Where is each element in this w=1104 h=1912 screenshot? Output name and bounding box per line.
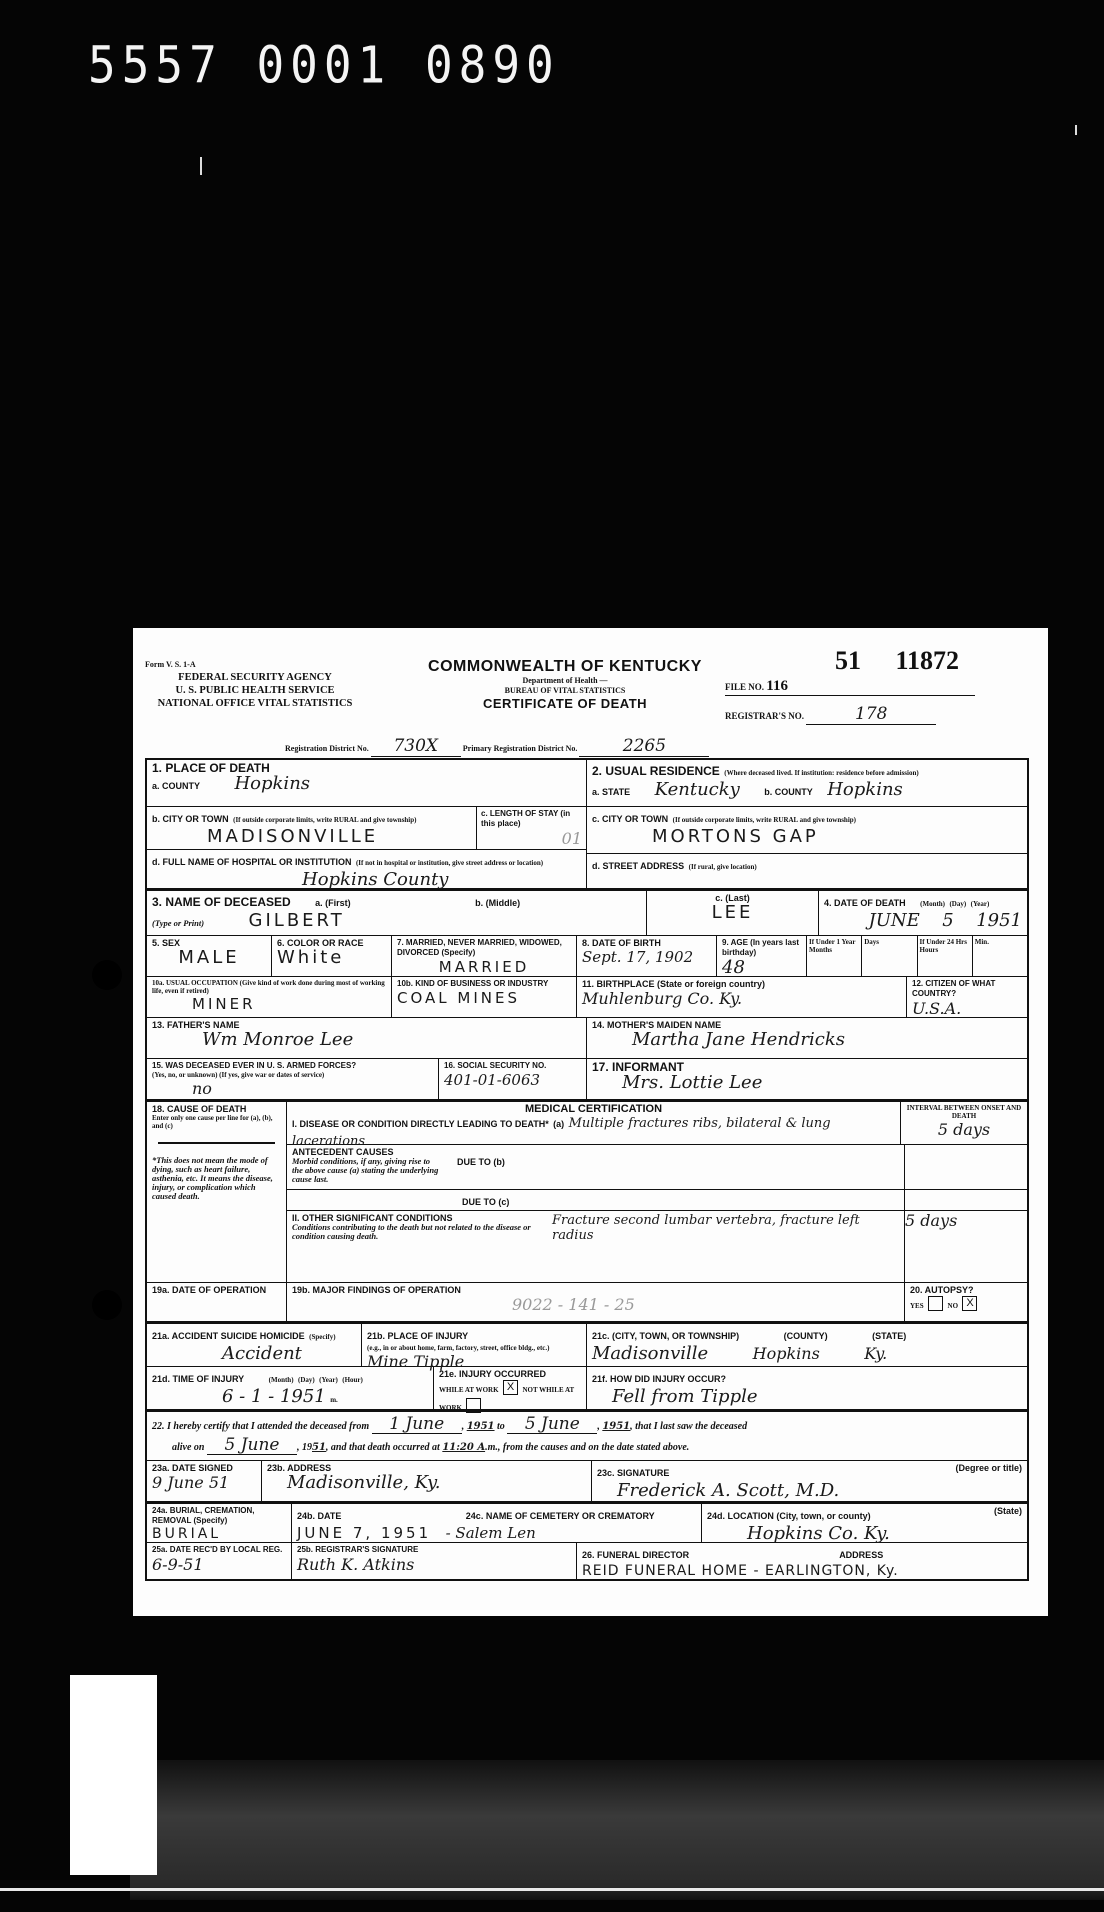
file-no-label: FILE NO. bbox=[725, 682, 764, 692]
how-injury: Fell from Tipple bbox=[612, 1387, 1022, 1407]
cert-text: alive on bbox=[172, 1442, 205, 1453]
reg-district: 730X bbox=[371, 736, 461, 757]
film-leader-tab bbox=[70, 1675, 157, 1875]
date-of-birth: Sept. 17, 1902 bbox=[582, 948, 711, 966]
place-of-death-section: 1. PLACE OF DEATH a. COUNTY Hopkins b. C… bbox=[147, 760, 587, 888]
interval-label: INTERVAL BETWEEN ONSET AND DEATH bbox=[903, 1104, 1025, 1120]
signature-label: 23c. SIGNATURE bbox=[597, 1468, 669, 1478]
dod-day: 5 bbox=[942, 910, 953, 931]
while-at-work-checkbox[interactable]: X bbox=[503, 1380, 518, 1395]
cause-of-death-row: 18. CAUSE OF DEATH Enter only one cause … bbox=[147, 1102, 1027, 1283]
burial-date-label: 24b. DATE bbox=[297, 1511, 341, 1521]
other-conditions-note: Conditions contributing to the death but… bbox=[292, 1223, 552, 1241]
month-col: (Month) bbox=[269, 1376, 294, 1384]
business: COAL MINES bbox=[397, 989, 571, 1007]
injury-state: Ky. bbox=[864, 1344, 887, 1363]
degree-label: (Degree or title) bbox=[955, 1463, 1022, 1473]
injury-time-row: 21d. TIME OF INJURY (Month) (Day) (Year)… bbox=[147, 1367, 1027, 1412]
citizen-label: 12. CITIZEN OF WHAT COUNTRY? bbox=[912, 979, 1022, 999]
certificate-title-block: COMMONWEALTH OF KENTUCKY Department of H… bbox=[400, 658, 730, 711]
last-seen-year: 51 bbox=[312, 1442, 326, 1453]
place-residence-row: 1. PLACE OF DEATH a. COUNTY Hopkins b. C… bbox=[147, 760, 1027, 891]
social-security-number: 401-01-6063 bbox=[444, 1071, 581, 1089]
state-col-label: (STATE) bbox=[872, 1331, 906, 1341]
autopsy-yes-checkbox[interactable] bbox=[928, 1296, 943, 1311]
first-name: GILBERT bbox=[249, 910, 345, 931]
occupation: MINER bbox=[192, 995, 386, 1013]
residence-label: 2. USUAL RESIDENCE bbox=[592, 764, 720, 778]
residence-note: (Where deceased lived. If institution: r… bbox=[724, 769, 918, 777]
primary-district-label: Primary Registration District No. bbox=[463, 744, 578, 753]
registrar-row: 25a. DATE REC'D BY LOCAL REG.6-9-51 25b.… bbox=[147, 1543, 1027, 1579]
occupation-row: 10a. USUAL OCCUPATION (Give kind of work… bbox=[147, 977, 1027, 1018]
armed-ssn-informant-row: 15. WAS DECEASED EVER IN U. S. ARMED FOR… bbox=[147, 1059, 1027, 1102]
armed-note: (Yes, no, or unknown) (If yes, give war … bbox=[152, 1071, 433, 1079]
business-label: 10b. KIND OF BUSINESS OR INDUSTRY bbox=[397, 979, 571, 989]
op-findings-label: 19b. MAJOR FINDINGS OF OPERATION bbox=[292, 1285, 899, 1295]
attended-from-year: 1951 bbox=[467, 1421, 495, 1432]
residence-state: Kentucky bbox=[655, 779, 740, 800]
burial-location: Hopkins Co. Ky. bbox=[747, 1524, 1022, 1544]
age-label: 9. AGE (In years last birthday) bbox=[722, 938, 801, 958]
injury-time-label: 21d. TIME OF INJURY bbox=[152, 1374, 244, 1384]
city-label: c. CITY OR TOWN bbox=[592, 814, 668, 824]
state-label: (State) bbox=[994, 1506, 1022, 1516]
cemetery: - Salem Len bbox=[446, 1524, 536, 1542]
stamp-number: 11872 bbox=[895, 646, 959, 675]
cert-text: , 19 bbox=[297, 1442, 312, 1453]
injury-occurred-label: 21e. INJURY OCCURRED bbox=[439, 1369, 581, 1379]
month-label: (Month) bbox=[920, 900, 945, 908]
disposition: BURIAL bbox=[152, 1526, 286, 1542]
agency-line: U. S. PUBLIC HEALTH SERVICE bbox=[145, 684, 365, 697]
dod-year: 1951 bbox=[976, 910, 1022, 931]
city-label: b. CITY OR TOWN bbox=[152, 814, 229, 824]
registrar-signature: Ruth K. Atkins bbox=[297, 1555, 571, 1574]
film-reel-id: 5557 0001 0890 bbox=[88, 35, 560, 94]
cert-text: , that I last saw the deceased bbox=[630, 1421, 747, 1432]
how-injury-label: 21f. HOW DID INJURY OCCUR? bbox=[592, 1374, 726, 1384]
cause-footnote: *This does not mean the mode of dying, s… bbox=[152, 1156, 281, 1201]
dob-label: 8. DATE OF BIRTH bbox=[582, 938, 711, 948]
due-b-label: DUE TO (b) bbox=[457, 1157, 505, 1184]
registrar-signature-label: 25b. REGISTRAR'S SIGNATURE bbox=[297, 1545, 571, 1555]
interval-a: 5 days bbox=[903, 1120, 1025, 1139]
op-date-label: 19a. DATE OF OPERATION bbox=[152, 1285, 281, 1295]
county-label: a. COUNTY bbox=[152, 781, 200, 791]
days-label: Days bbox=[862, 936, 917, 976]
residence-county: Hopkins bbox=[827, 779, 903, 800]
film-speck bbox=[1075, 125, 1077, 135]
film-edge bbox=[0, 1888, 1104, 1891]
race: White bbox=[277, 948, 386, 968]
film-noise bbox=[130, 1760, 1104, 1900]
death-certificate: Form V. S. 1-A FEDERAL SECURITY AGENCY U… bbox=[133, 628, 1048, 1616]
disposition-label: 24a. BURIAL, CREMATION, REMOVAL (Specify… bbox=[152, 1506, 286, 1526]
registration-district-line: Registration District No. 730X Primary R… bbox=[285, 736, 1005, 757]
agency-line: FEDERAL SECURITY AGENCY bbox=[145, 671, 365, 684]
citizenship: U.S.A. bbox=[912, 999, 1022, 1018]
hospital-note: (If not in hospital or institution, give… bbox=[356, 859, 543, 867]
time-of-death: 11:20 A bbox=[442, 1442, 485, 1453]
cert-text: , and that death occurred at bbox=[326, 1442, 440, 1453]
year-label: (Year) bbox=[971, 900, 990, 908]
death-county: Hopkins bbox=[234, 773, 310, 794]
attended-from: 1 June bbox=[372, 1415, 462, 1434]
primary-district: 2265 bbox=[579, 736, 709, 757]
hours-label: If Under 24 Hrs Hours bbox=[918, 936, 973, 976]
physician-address: Madisonville, Ky. bbox=[287, 1473, 586, 1493]
ssn-label: 16. SOCIAL SECURITY NO. bbox=[444, 1061, 581, 1071]
hospital-label: d. FULL NAME OF HOSPITAL OR INSTITUTION bbox=[152, 857, 352, 867]
cause-label: 18. CAUSE OF DEATH bbox=[152, 1104, 281, 1114]
signature-row: 23a. DATE SIGNED9 June 51 23b. ADDRESSMa… bbox=[147, 1461, 1027, 1504]
film-speck bbox=[200, 157, 202, 175]
date-signed-label: 23a. DATE SIGNED bbox=[152, 1463, 256, 1473]
length-of-stay: 01 bbox=[481, 829, 582, 848]
no-label: NO bbox=[948, 1302, 959, 1310]
agency-line: NATIONAL OFFICE VITAL STATISTICS bbox=[145, 697, 365, 710]
street-note: (If rural, give location) bbox=[689, 863, 757, 871]
reg-district-label: Registration District No. bbox=[285, 744, 369, 753]
date-signed: 9 June 51 bbox=[152, 1473, 256, 1492]
physician-signature: Frederick A. Scott, M.D. bbox=[617, 1481, 1022, 1501]
injury-location-label: 21c. (CITY, TOWN, OR TOWNSHIP) bbox=[592, 1331, 739, 1341]
age: 48 bbox=[722, 958, 801, 978]
injury-date: 6 - 1 - 1951 bbox=[222, 1386, 326, 1407]
certificate-title: CERTIFICATE OF DEATH bbox=[400, 696, 730, 711]
registrar-no-label: REGISTRAR'S NO. bbox=[725, 711, 804, 721]
birthplace: Muhlenburg Co. Ky. bbox=[582, 989, 901, 1008]
first-label: a. (First) bbox=[315, 898, 351, 908]
funeral-director-label: 26. FUNERAL DIRECTOR bbox=[582, 1550, 689, 1560]
name-label: 3. NAME OF DECEASED bbox=[152, 895, 291, 909]
injury-place-note: (e.g., in or about home, farm, factory, … bbox=[367, 1344, 581, 1352]
hospital-name: Hopkins County bbox=[302, 870, 581, 890]
name-row: 3. NAME OF DECEASED a. (First) b. (Middl… bbox=[147, 891, 1027, 936]
antecedent-note: Morbid conditions, if any, giving rise t… bbox=[292, 1157, 442, 1184]
date-received-label: 25a. DATE REC'D BY LOCAL REG. bbox=[152, 1545, 286, 1555]
cause-note: Enter only one cause per line for (a), (… bbox=[152, 1114, 281, 1130]
funeral-director: REID FUNERAL HOME - EARLINGTON, Ky. bbox=[582, 1563, 1022, 1579]
registrar-no: 178 bbox=[806, 704, 936, 725]
attended-to-year: 1951 bbox=[602, 1421, 630, 1432]
date-received: 6-9-51 bbox=[152, 1555, 286, 1574]
year-col: (Year) bbox=[319, 1376, 338, 1384]
last-seen-alive: 5 June bbox=[207, 1436, 297, 1455]
vitals-row: 5. SEXMALE 6. COLOR OR RACEWhite 7. MARR… bbox=[147, 936, 1027, 977]
dod-label: 4. DATE OF DEATH bbox=[824, 898, 906, 908]
specify-note: (Specify) bbox=[309, 1333, 335, 1341]
agency-header: Form V. S. 1-A FEDERAL SECURITY AGENCY U… bbox=[145, 658, 365, 710]
injury-type-label: 21a. ACCIDENT SUICIDE HOMICIDE bbox=[152, 1331, 305, 1341]
informant: Mrs. Lottie Lee bbox=[622, 1073, 1022, 1093]
physician-certification-row: 22. I hereby certify that I attended the… bbox=[147, 1412, 1027, 1461]
yes-label: YES bbox=[910, 1302, 924, 1310]
sex: MALE bbox=[152, 948, 266, 968]
operation-row: 19a. DATE OF OPERATION 19b. MAJOR FINDIN… bbox=[147, 1283, 1027, 1324]
stamp-year: 51 bbox=[835, 646, 861, 675]
burial-location-label: 24d. LOCATION (City, town, or county) bbox=[707, 1511, 871, 1521]
state-title: COMMONWEALTH OF KENTUCKY bbox=[400, 658, 730, 676]
burial-date: JUNE 7, 1951 bbox=[297, 1524, 431, 1542]
city-note: (If outside corporate limits, write RURA… bbox=[673, 816, 856, 824]
cert-text: .m., from the causes and on the date sta… bbox=[485, 1442, 689, 1453]
form-number: Form V. S. 1-A bbox=[145, 658, 365, 671]
a-label: (a) bbox=[553, 1119, 564, 1129]
to-word: to bbox=[497, 1421, 505, 1432]
armed-forces: no bbox=[192, 1079, 433, 1098]
punch-hole bbox=[92, 960, 122, 990]
address-label: ADDRESS bbox=[839, 1550, 883, 1560]
marital-label: 7. MARRIED, NEVER MARRIED, WIDOWED, DIVO… bbox=[397, 938, 571, 958]
certificate-grid: 1. PLACE OF DEATH a. COUNTY Hopkins b. C… bbox=[145, 758, 1029, 1581]
type-note: (Type or Print) bbox=[152, 918, 204, 928]
father-name: Wm Monroe Lee bbox=[202, 1030, 581, 1050]
months-label: If Under 1 Year Months bbox=[807, 936, 862, 976]
place-of-death-label: 1. PLACE OF DEATH bbox=[152, 762, 581, 774]
punch-hole bbox=[92, 1290, 122, 1320]
dod-month: JUNE bbox=[869, 910, 920, 931]
while-at-work-label: WHILE AT WORK bbox=[439, 1386, 499, 1394]
mother-maiden-name: Martha Jane Hendricks bbox=[632, 1030, 1022, 1050]
injury-city: Madisonville bbox=[592, 1343, 708, 1364]
birthplace-label: 11. BIRTHPLACE (State or foreign country… bbox=[582, 979, 901, 989]
marital-status: MARRIED bbox=[397, 958, 571, 976]
file-no-prefix: 116 bbox=[766, 678, 788, 694]
hour-col: (Hour) bbox=[342, 1376, 363, 1384]
street-label: d. STREET ADDRESS bbox=[592, 861, 684, 871]
department: Department of Health — bbox=[400, 676, 730, 686]
other-conditions: Fracture second lumbar vertebra, fractur… bbox=[552, 1213, 899, 1280]
state-label: a. STATE bbox=[592, 787, 630, 797]
stay-label: c. LENGTH OF STAY (in this place) bbox=[481, 809, 582, 829]
last-name: LEE bbox=[652, 903, 813, 923]
middle-label: b. (Middle) bbox=[475, 898, 520, 908]
injury-place-label: 21b. PLACE OF INJURY bbox=[367, 1331, 468, 1341]
death-city: MADISONVILLE bbox=[207, 827, 471, 847]
injury-row: 21a. ACCIDENT SUICIDE HOMICIDE (Specify)… bbox=[147, 1324, 1027, 1367]
cert-text: 22. I hereby certify that I attended the… bbox=[152, 1421, 369, 1432]
county-col-label: (COUNTY) bbox=[784, 1331, 828, 1341]
m-suffix: m. bbox=[330, 1396, 338, 1404]
parents-row: 13. FATHER'S NAMEWm Monroe Lee 14. MOTHE… bbox=[147, 1018, 1027, 1059]
autopsy-label: 20. AUTOPSY? bbox=[910, 1285, 1022, 1295]
bureau: BUREAU OF VITAL STATISTICS bbox=[400, 686, 730, 696]
burial-row: 24a. BURIAL, CREMATION, REMOVAL (Specify… bbox=[147, 1504, 1027, 1543]
residence-section: 2. USUAL RESIDENCE (Where deceased lived… bbox=[587, 760, 1027, 888]
day-label: (Day) bbox=[949, 900, 966, 908]
occupation-label: 10a. USUAL OCCUPATION (Give kind of work… bbox=[152, 979, 386, 995]
county-label: b. COUNTY bbox=[764, 787, 813, 797]
interval-other: 5 days bbox=[904, 1211, 1027, 1282]
autopsy-no-checkbox[interactable]: X bbox=[962, 1296, 977, 1311]
medical-certification-title: MEDICAL CERTIFICATION bbox=[292, 1104, 895, 1114]
injury-type: Accident bbox=[222, 1344, 356, 1364]
attended-to: 5 June bbox=[507, 1415, 597, 1434]
armed-label: 15. WAS DECEASED EVER IN U. S. ARMED FOR… bbox=[152, 1061, 433, 1071]
op-findings: 9022 - 141 - 25 bbox=[512, 1295, 899, 1314]
residence-city: MORTONS GAP bbox=[652, 827, 1022, 847]
min-label: Min. bbox=[973, 936, 1027, 976]
city-note: (If outside corporate limits, write RURA… bbox=[233, 816, 416, 824]
injury-county: Hopkins bbox=[753, 1344, 820, 1363]
cemetery-label: 24c. NAME OF CEMETERY OR CREMATORY bbox=[466, 1511, 655, 1521]
due-c-label: DUE TO (c) bbox=[462, 1197, 509, 1207]
immediate-cause-label: I. DISEASE OR CONDITION DIRECTLY LEADING… bbox=[292, 1119, 549, 1129]
day-col: (Day) bbox=[298, 1376, 315, 1384]
